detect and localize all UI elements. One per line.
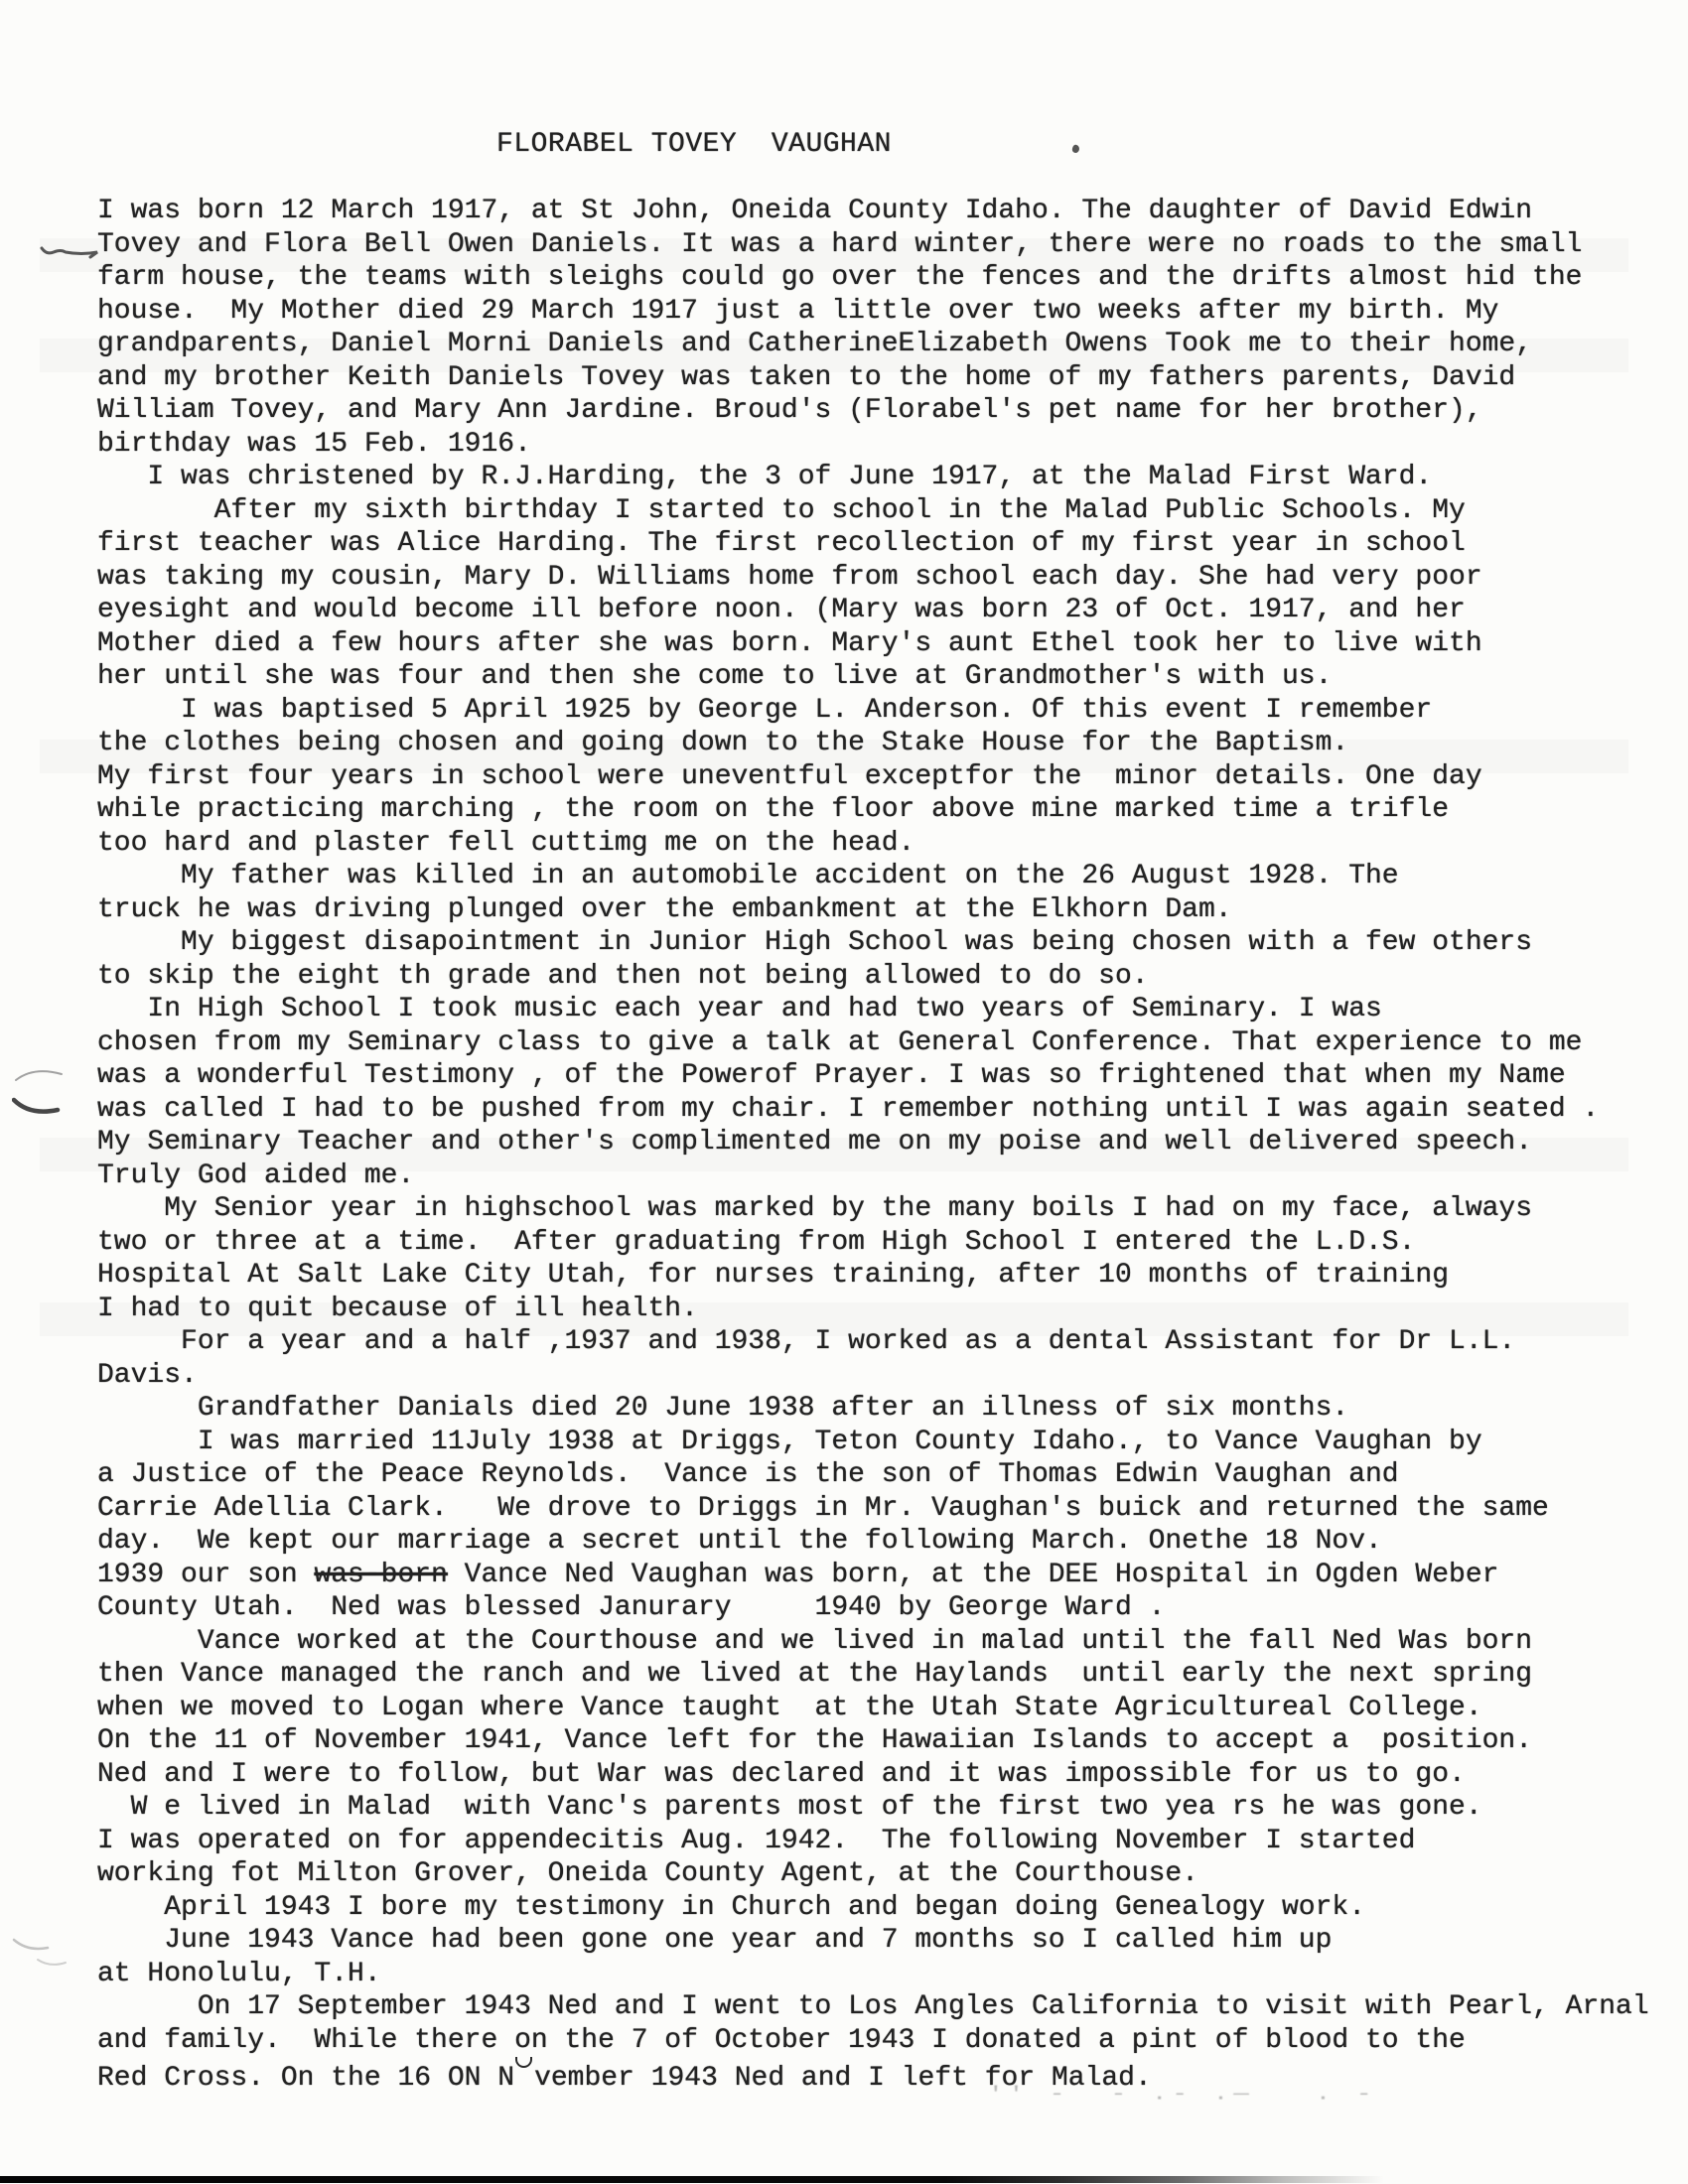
typed-line: Red Cross. On the 16 ON Nvember 1943 Ned… xyxy=(97,2057,1649,2091)
typed-line: at Honolulu, T.H. xyxy=(97,1958,1649,1991)
typed-line: County Utah. Ned was blessed Janurary 19… xyxy=(97,1591,1649,1625)
ink-dot xyxy=(1071,144,1080,154)
typed-line: I was christened by R.J.Harding, the 3 o… xyxy=(97,461,1649,494)
typed-line: eyesight and would become ill before noo… xyxy=(97,594,1649,627)
typed-line: farm house, the teams with sleighs could… xyxy=(97,261,1649,295)
typed-line: I was operated on for appendecitis Aug. … xyxy=(97,1825,1649,1858)
typed-line: In High School I took music each year an… xyxy=(97,993,1649,1026)
typed-line: My first four years in school were uneve… xyxy=(97,760,1649,794)
pen-hook-mark xyxy=(12,1092,64,1124)
typed-line: I had to quit because of ill health. xyxy=(97,1293,1649,1326)
typed-line: Ned and I were to follow, but War was de… xyxy=(97,1758,1649,1792)
typed-lines: I was born 12 March 1917, at St John, On… xyxy=(97,195,1649,2091)
typed-line: house. My Mother died 29 March 1917 just… xyxy=(97,295,1649,329)
typed-line: was taking my cousin, Mary D. Williams h… xyxy=(97,561,1649,595)
typed-line: working fot Milton Grover, Oneida County… xyxy=(97,1857,1649,1891)
typed-line: Hospital At Salt Lake City Utah, for nur… xyxy=(97,1259,1649,1293)
typed-line: grandparents, Daniel Morni Daniels and C… xyxy=(97,328,1649,361)
typed-line: Carrie Adellia Clark. We drove to Driggs… xyxy=(97,1492,1649,1526)
typed-line: truck he was driving plunged over the em… xyxy=(97,893,1649,927)
typed-line: chosen from my Seminary class to give a … xyxy=(97,1026,1649,1060)
faint-smudge-mark xyxy=(8,1930,99,1978)
typed-line: My father was killed in an automobile ac… xyxy=(97,860,1649,893)
faded-text-fragment: '' - - .- .— . - xyxy=(988,2083,1376,2106)
typed-line: 1939 our son was-born Vance Ned Vaughan … xyxy=(97,1559,1649,1592)
typed-line: when we moved to Logan where Vance taugh… xyxy=(97,1692,1649,1725)
typed-line: to skip the eight th grade and then not … xyxy=(97,960,1649,994)
insertion-caret-mark xyxy=(515,2057,532,2068)
typed-line: then Vance managed the ranch and we live… xyxy=(97,1658,1649,1692)
typed-line: day. We kept our marriage a secret until… xyxy=(97,1525,1649,1559)
typed-line: I was married 11July 1938 at Driggs, Tet… xyxy=(97,1426,1649,1459)
typed-line: was a wonderful Testimony , of the Power… xyxy=(97,1059,1649,1093)
typed-line: Grandfather Danials died 20 June 1938 af… xyxy=(97,1392,1649,1426)
typed-line: On 17 September 1943 Ned and I went to L… xyxy=(97,1990,1649,2024)
typed-line: April 1943 I bore my testimony in Church… xyxy=(97,1891,1649,1925)
typed-line: a Justice of the Peace Reynolds. Vance i… xyxy=(97,1458,1649,1492)
typed-line: Mother died a few hours after she was bo… xyxy=(97,627,1649,661)
typed-line: W e lived in Malad with Vanc's parents m… xyxy=(97,1791,1649,1825)
typed-line: too hard and plaster fell cuttimg me on … xyxy=(97,827,1649,861)
pen-curve-mark xyxy=(14,1064,66,1090)
typed-line: After my sixth birthday I started to sch… xyxy=(97,494,1649,528)
struck-out-text: was-born xyxy=(314,1560,447,1590)
typed-line: birthday was 15 Feb. 1916. xyxy=(97,428,1649,462)
typed-line: Tovey and Flora Bell Owen Daniels. It wa… xyxy=(97,228,1649,262)
typed-line: For a year and a half ,1937 and 1938, I … xyxy=(97,1325,1649,1359)
typed-line: first teacher was Alice Harding. The fir… xyxy=(97,527,1649,561)
typed-line: while practicing marching , the room on … xyxy=(97,793,1649,827)
typed-line: I was born 12 March 1917, at St John, On… xyxy=(97,195,1649,228)
typed-line: Davis. xyxy=(97,1359,1649,1393)
typed-line: and my brother Keith Daniels Tovey was t… xyxy=(97,361,1649,395)
scan-edge-bar xyxy=(0,2176,1688,2183)
typed-line: two or three at a time. After graduating… xyxy=(97,1226,1649,1260)
typed-line: On the 11 of November 1941, Vance left f… xyxy=(97,1724,1649,1758)
typed-line: William Tovey, and Mary Ann Jardine. Bro… xyxy=(97,394,1649,428)
pen-dash-mark xyxy=(40,238,103,264)
typed-line: My Senior year in highschool was marked … xyxy=(97,1192,1649,1226)
typed-line: June 1943 Vance had been gone one year a… xyxy=(97,1924,1649,1958)
typed-line: My Seminary Teacher and other's complime… xyxy=(97,1126,1649,1160)
typed-line: My biggest disapointment in Junior High … xyxy=(97,926,1649,960)
typed-line: I was baptised 5 April 1925 by George L.… xyxy=(97,694,1649,728)
typed-line: Vance worked at the Courthouse and we li… xyxy=(97,1625,1649,1659)
document-page: FLORABEL TOVEY VAUGHAN I was born 12 Mar… xyxy=(0,0,1688,2184)
typed-line: was called I had to be pushed from my ch… xyxy=(97,1093,1649,1127)
typed-line: the clothes being chosen and going down … xyxy=(97,727,1649,760)
page-title: FLORABEL TOVEY VAUGHAN xyxy=(496,129,892,160)
typed-line: and family. While there on the 7 of Octo… xyxy=(97,2024,1649,2058)
typed-line: her until she was four and then she come… xyxy=(97,660,1649,694)
typed-line: Truly God aided me. xyxy=(97,1160,1649,1193)
